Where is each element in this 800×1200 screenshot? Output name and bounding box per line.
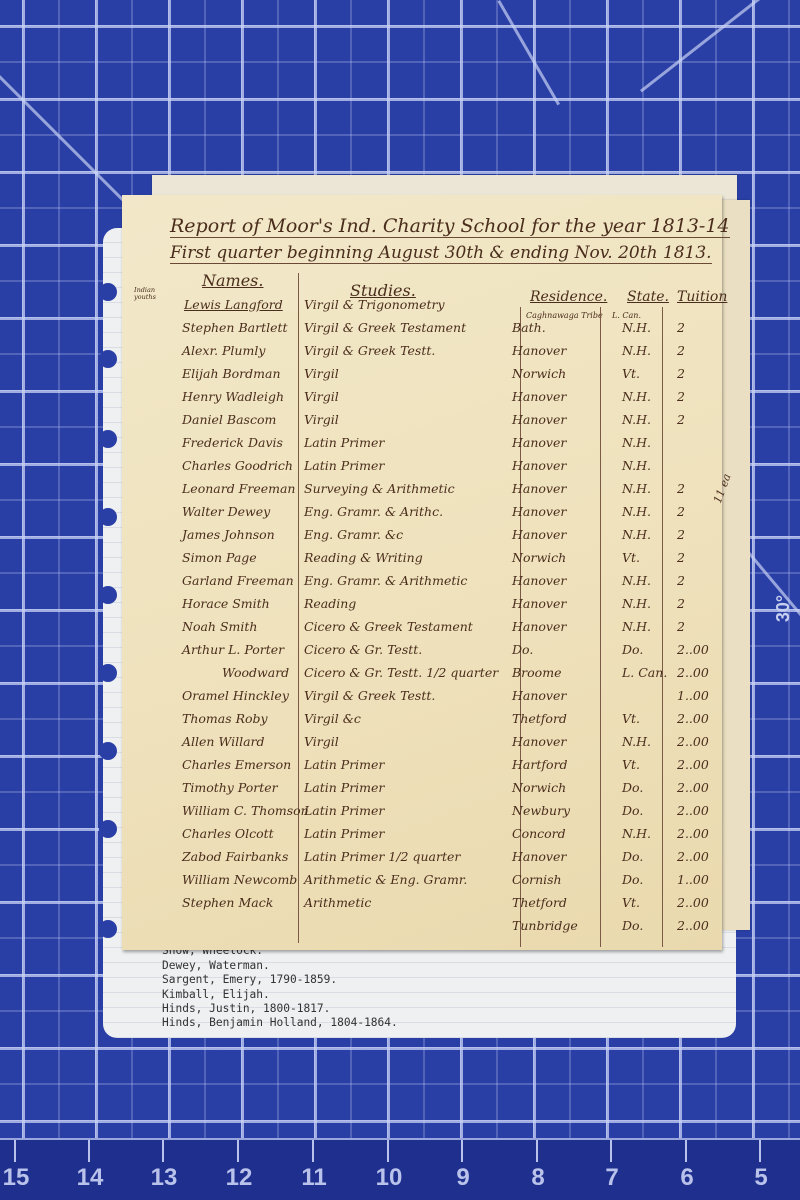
mat-diagonal-line [497, 0, 560, 105]
student-name: James Johnson [182, 527, 275, 542]
student-tuition: 2 [677, 481, 685, 496]
student-study: Latin Primer [304, 458, 384, 473]
student-study: Virgil [304, 366, 339, 381]
student-residence: Hanover [512, 412, 566, 427]
student-state: Do. [622, 642, 643, 657]
student-tuition: 2 [677, 596, 685, 611]
student-tuition: 2..00 [677, 826, 709, 841]
student-name: William Newcomb [182, 872, 297, 887]
student-study: Cicero & Gr. Testt. [304, 642, 422, 657]
ledger-row: William C. ThomsonLatin PrimerNewburyDo.… [122, 799, 722, 822]
ledger-row: Zabod FairbanksLatin Primer 1/2 quarterH… [122, 845, 722, 868]
ruler-number: 9 [456, 1164, 469, 1192]
student-residence: Hanover [512, 435, 566, 450]
ledger-row: Stephen MackArithmeticThetfordVt.2..00 [122, 891, 722, 914]
index-line: Dewey, Waterman. [162, 959, 398, 973]
student-name: Zabod Fairbanks [182, 849, 288, 864]
student-study: Virgil [304, 389, 339, 404]
student-state: Vt. [622, 366, 640, 381]
student-tuition: 2 [677, 320, 685, 335]
student-tuition: 1..00 [677, 872, 709, 887]
student-study: Cicero & Gr. Testt. 1/2 quarter [304, 665, 498, 680]
student-state: Do. [622, 849, 643, 864]
student-residence: Hanover [512, 573, 566, 588]
student-tuition: 2..00 [677, 734, 709, 749]
header-names: Names. [202, 271, 263, 290]
ledger-row: Charles EmersonLatin PrimerHartfordVt.2.… [122, 753, 722, 776]
student-name: Daniel Bascom [182, 412, 276, 427]
student-tuition: 2..00 [677, 849, 709, 864]
ledger-row: WoodwardCicero & Gr. Testt. 1/2 quarterB… [122, 661, 722, 684]
student-study: Eng. Gramr. &c [304, 527, 403, 542]
student-tuition: 2 [677, 504, 685, 519]
ledger-row: Frederick DavisLatin PrimerHanoverN.H. [122, 431, 722, 454]
student-study: Latin Primer 1/2 quarter [304, 849, 460, 864]
student-residence: Hanover [512, 343, 566, 358]
ruler-number: 10 [376, 1164, 403, 1192]
student-name: Charles Olcott [182, 826, 274, 841]
student-tuition: 2 [677, 343, 685, 358]
binder-hole [99, 430, 117, 448]
student-residence: Hanover [512, 619, 566, 634]
student-tuition: 2..00 [677, 895, 709, 910]
ledger-row: Allen WillardVirgilHanoverN.H.2..00 [122, 730, 722, 753]
student-study: Latin Primer [304, 826, 384, 841]
student-state: N.H. [622, 573, 651, 588]
student-state: N.H. [622, 619, 651, 634]
binder-hole [99, 350, 117, 368]
student-state: N.H. [622, 527, 651, 542]
student-study: Latin Primer [304, 780, 384, 795]
student-name: Noah Smith [182, 619, 257, 634]
student-residence: Thetford [512, 895, 567, 910]
student-tuition: 2 [677, 389, 685, 404]
student-study: Arithmetic [304, 895, 371, 910]
student-name: Timothy Porter [182, 780, 278, 795]
student-residence: Hanover [512, 504, 566, 519]
document-title: Report of Moor's Ind. Charity School for… [170, 215, 730, 238]
binder-hole [99, 742, 117, 760]
ledger-row: James JohnsonEng. Gramr. &cHanoverN.H.2 [122, 523, 722, 546]
student-residence: Do. [512, 642, 533, 657]
student-name: Lewis Langford [184, 297, 283, 312]
student-tuition: 2 [677, 573, 685, 588]
ledger-row: William NewcombArithmetic & Eng. Gramr.C… [122, 868, 722, 891]
ledger-row: Thomas RobyVirgil &cThetfordVt.2..00 [122, 707, 722, 730]
mat-angle-label: 30° [773, 595, 794, 622]
student-name: Henry Wadleigh [182, 389, 284, 404]
student-residence: Hanover [512, 389, 566, 404]
document-subtitle: First quarter beginning August 30th & en… [170, 243, 712, 264]
ruler-number: 14 [77, 1164, 104, 1192]
student-study: Latin Primer [304, 435, 384, 450]
student-residence: Hanover [512, 458, 566, 473]
student-state: Do. [622, 803, 643, 818]
student-residence: Tunbridge [512, 918, 578, 933]
student-name: Allen Willard [182, 734, 265, 749]
binder-hole [99, 586, 117, 604]
index-line: Kimball, Elijah. [162, 988, 398, 1002]
index-line: Sargent, Emery, 1790-1859. [162, 973, 398, 987]
student-study: Latin Primer [304, 757, 384, 772]
student-study: Reading [304, 596, 356, 611]
student-state: Vt. [622, 895, 640, 910]
ledger-row: Simon PageReading & WritingNorwichVt.2 [122, 546, 722, 569]
ruler-number: 11 [301, 1164, 326, 1192]
student-name: Alexr. Plumly [182, 343, 265, 358]
student-tuition: 2..00 [677, 757, 709, 772]
student-study: Surveying & Arithmetic [304, 481, 455, 496]
ledger-row: Stephen BartlettVirgil & Greek Testament… [122, 316, 722, 339]
binder-hole [99, 820, 117, 838]
student-residence: Norwich [512, 780, 566, 795]
ruler-number: 5 [754, 1164, 767, 1192]
student-residence: Norwich [512, 550, 566, 565]
ledger-row: Walter DeweyEng. Gramr. & Arithc.Hanover… [122, 500, 722, 523]
ruler-number: 6 [680, 1164, 693, 1192]
ledger-row: Lewis LangfordVirgil & Trigonometry [122, 293, 722, 316]
student-tuition: 2..00 [677, 918, 709, 933]
ledger-row: Oramel HinckleyVirgil & Greek Testt.Hano… [122, 684, 722, 707]
ledger-row: Alexr. PlumlyVirgil & Greek Testt.Hanove… [122, 339, 722, 362]
student-state: Do. [622, 872, 643, 887]
student-state: N.H. [622, 504, 651, 519]
ruler-strip: 15 14 13 12 11 10 9 8 7 6 5 [0, 1138, 800, 1200]
ledger-row: Timothy PorterLatin PrimerNorwichDo.2..0… [122, 776, 722, 799]
student-name: Oramel Hinckley [182, 688, 289, 703]
mat-diagonal-line [640, 0, 776, 92]
student-tuition: 2 [677, 550, 685, 565]
ledger-row: Elijah BordmanVirgilNorwichVt.2 [122, 362, 722, 385]
student-tuition: 2..00 [677, 665, 709, 680]
student-tuition: 1..00 [677, 688, 709, 703]
student-name: Arthur L. Porter [182, 642, 284, 657]
student-state: N.H. [622, 343, 651, 358]
student-name: Frederick Davis [182, 435, 283, 450]
student-study: Virgil & Greek Testament [304, 320, 466, 335]
student-name: Simon Page [182, 550, 257, 565]
index-line: Hinds, Justin, 1800-1817. [162, 1002, 398, 1016]
student-name: Charles Emerson [182, 757, 291, 772]
student-state: N.H. [622, 596, 651, 611]
ledger-row: Noah SmithCicero & Greek TestamentHanove… [122, 615, 722, 638]
student-state: Do. [622, 918, 643, 933]
student-state: Do. [622, 780, 643, 795]
ledger-row: Arthur L. PorterCicero & Gr. Testt.Do.Do… [122, 638, 722, 661]
student-state: N.H. [622, 734, 651, 749]
student-state: N.H. [622, 412, 651, 427]
student-name: William C. Thomson [182, 803, 309, 818]
student-state: N.H. [622, 435, 651, 450]
student-name: Elijah Bordman [182, 366, 281, 381]
student-study: Latin Primer [304, 803, 384, 818]
binder-hole [99, 508, 117, 526]
student-residence: Thetford [512, 711, 567, 726]
student-state: Vt. [622, 711, 640, 726]
student-state: L. Can. [622, 665, 667, 680]
student-tuition: 2 [677, 619, 685, 634]
student-name: Leonard Freeman [182, 481, 295, 496]
student-name: Horace Smith [182, 596, 270, 611]
student-tuition: 2..00 [677, 780, 709, 795]
student-state: N.H. [622, 481, 651, 496]
student-study: Virgil [304, 412, 339, 427]
student-state: N.H. [622, 458, 651, 473]
student-name: Stephen Bartlett [182, 320, 288, 335]
ledger-row: Charles GoodrichLatin PrimerHanoverN.H. [122, 454, 722, 477]
student-state: N.H. [622, 320, 651, 335]
ledger-row: TunbridgeDo.2..00 [122, 914, 722, 937]
student-residence: Bath. [512, 320, 546, 335]
index-line: Hinds, Benjamin Holland, 1804-1864. [162, 1016, 398, 1030]
student-residence: Hanover [512, 481, 566, 496]
student-study: Reading & Writing [304, 550, 423, 565]
student-name: Garland Freeman [182, 573, 294, 588]
ledger-page: Report of Moor's Ind. Charity School for… [122, 195, 722, 950]
student-tuition: 2..00 [677, 642, 709, 657]
ledger-row: Henry WadleighVirgilHanoverN.H.2 [122, 385, 722, 408]
ledger-row: Garland FreemanEng. Gramr. & ArithmeticH… [122, 569, 722, 592]
student-name: Woodward [222, 665, 289, 680]
ruler-number: 8 [531, 1164, 544, 1192]
binder-hole [99, 664, 117, 682]
student-study: Eng. Gramr. & Arithc. [304, 504, 443, 519]
student-tuition: 2 [677, 527, 685, 542]
student-residence: Broome [512, 665, 561, 680]
student-study: Cicero & Greek Testament [304, 619, 473, 634]
student-name: Stephen Mack [182, 895, 273, 910]
student-residence: Hanover [512, 734, 566, 749]
binder-hole [99, 283, 117, 301]
student-study: Virgil & Greek Testt. [304, 688, 435, 703]
student-study: Virgil [304, 734, 339, 749]
student-residence: Hanover [512, 527, 566, 542]
ruler-number: 15 [3, 1164, 30, 1192]
student-residence: Hanover [512, 688, 566, 703]
binder-hole [99, 920, 117, 938]
student-residence: Hanover [512, 849, 566, 864]
student-residence: Concord [512, 826, 566, 841]
student-tuition: 2 [677, 412, 685, 427]
ledger-row: Daniel BascomVirgilHanoverN.H.2 [122, 408, 722, 431]
ledger-row: Leonard FreemanSurveying & ArithmeticHan… [122, 477, 722, 500]
student-state: N.H. [622, 826, 651, 841]
student-study: Virgil & Trigonometry [304, 297, 445, 312]
student-state: Vt. [622, 550, 640, 565]
ruler-number: 12 [226, 1164, 253, 1192]
student-state: Vt. [622, 757, 640, 772]
student-name: Thomas Roby [182, 711, 268, 726]
ledger-row: Horace SmithReadingHanoverN.H.2 [122, 592, 722, 615]
student-residence: Hartford [512, 757, 567, 772]
ruler-number: 7 [605, 1164, 618, 1192]
student-residence: Newbury [512, 803, 570, 818]
student-tuition: 2..00 [677, 803, 709, 818]
student-study: Virgil &c [304, 711, 361, 726]
student-state: N.H. [622, 389, 651, 404]
student-residence: Cornish [512, 872, 562, 887]
ruler-number: 13 [151, 1164, 178, 1192]
ledger-row: Charles OlcottLatin PrimerConcordN.H.2..… [122, 822, 722, 845]
student-tuition: 2 [677, 366, 685, 381]
student-study: Virgil & Greek Testt. [304, 343, 435, 358]
student-name: Walter Dewey [182, 504, 270, 519]
student-residence: Norwich [512, 366, 566, 381]
student-study: Eng. Gramr. & Arithmetic [304, 573, 467, 588]
student-study: Arithmetic & Eng. Gramr. [304, 872, 467, 887]
student-name: Charles Goodrich [182, 458, 293, 473]
student-residence: Hanover [512, 596, 566, 611]
student-tuition: 2..00 [677, 711, 709, 726]
